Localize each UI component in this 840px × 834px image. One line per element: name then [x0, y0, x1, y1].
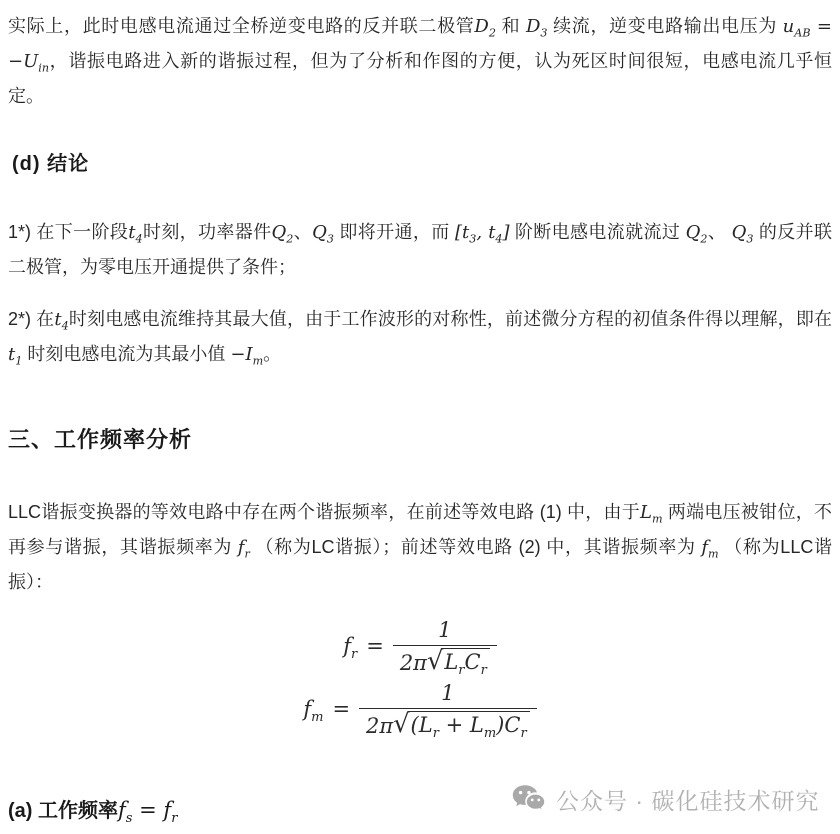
- square-root: √ (Lr + Lm)Cr: [393, 711, 529, 738]
- article-page: 实际上，此时电感电流通过全桥逆变电路的反并联二极管D2 和 D3 续流，逆变电路…: [0, 0, 840, 834]
- caption-math: fs = fr: [118, 798, 177, 822]
- wechat-icon: [512, 784, 546, 816]
- radicand: LrCr: [441, 648, 490, 674]
- two-pi: 2π: [400, 651, 427, 675]
- watermark-text: 公众号 · 碳化硅技术研究: [556, 783, 819, 816]
- formula-fm: fm = 1 2π √ (Lr + Lm)Cr: [0, 681, 840, 738]
- two-pi: 2π: [366, 714, 393, 738]
- fraction-denominator: 2π √ LrCr: [393, 645, 497, 675]
- caption-working-frequency: (a) 工作频率 fs = fr: [8, 794, 177, 823]
- paragraph-intro: 实际上，此时电感电流通过全桥逆变电路的反并联二极管D2 和 D3 续流，逆变电路…: [8, 9, 832, 113]
- square-root: √ LrCr: [427, 648, 490, 675]
- paragraph-llc-frequencies: LLC谐振变换器的等效电路中存在两个谐振频率，在前述等效电路 (1) 中，由于L…: [8, 495, 832, 599]
- fraction: 1 2π √ LrCr: [393, 618, 497, 675]
- caption-label: (a) 工作频率: [8, 794, 118, 823]
- formula-fr-lhs: fr: [343, 634, 357, 658]
- equals-sign: =: [366, 634, 384, 658]
- heading-conclusion: (d) 结论: [12, 147, 832, 176]
- equals-sign: =: [332, 697, 350, 721]
- formula-fr: fr = 1 2π √ LrCr: [0, 618, 840, 675]
- radicand: (Lr + Lm)Cr: [408, 711, 530, 737]
- fraction-numerator: 1: [437, 681, 458, 708]
- paragraph-point-2: 2*) 在t4时刻电感电流维持其最大值，由于工作波形的对称性，前述微分方程的初值…: [8, 302, 832, 372]
- formula-fm-lhs: fm: [303, 697, 323, 721]
- fraction: 1 2π √ (Lr + Lm)Cr: [359, 681, 537, 738]
- watermark: 公众号 · 碳化硅技术研究: [512, 783, 819, 816]
- fraction-numerator: 1: [434, 618, 455, 645]
- paragraph-point-1: 1*) 在下一阶段t4时刻，功率器件Q2、Q3 即将开通，而 [t3, t4] …: [8, 215, 832, 284]
- fraction-denominator: 2π √ (Lr + Lm)Cr: [359, 708, 537, 738]
- heading-section-3: 三、工作频率分析: [8, 423, 832, 454]
